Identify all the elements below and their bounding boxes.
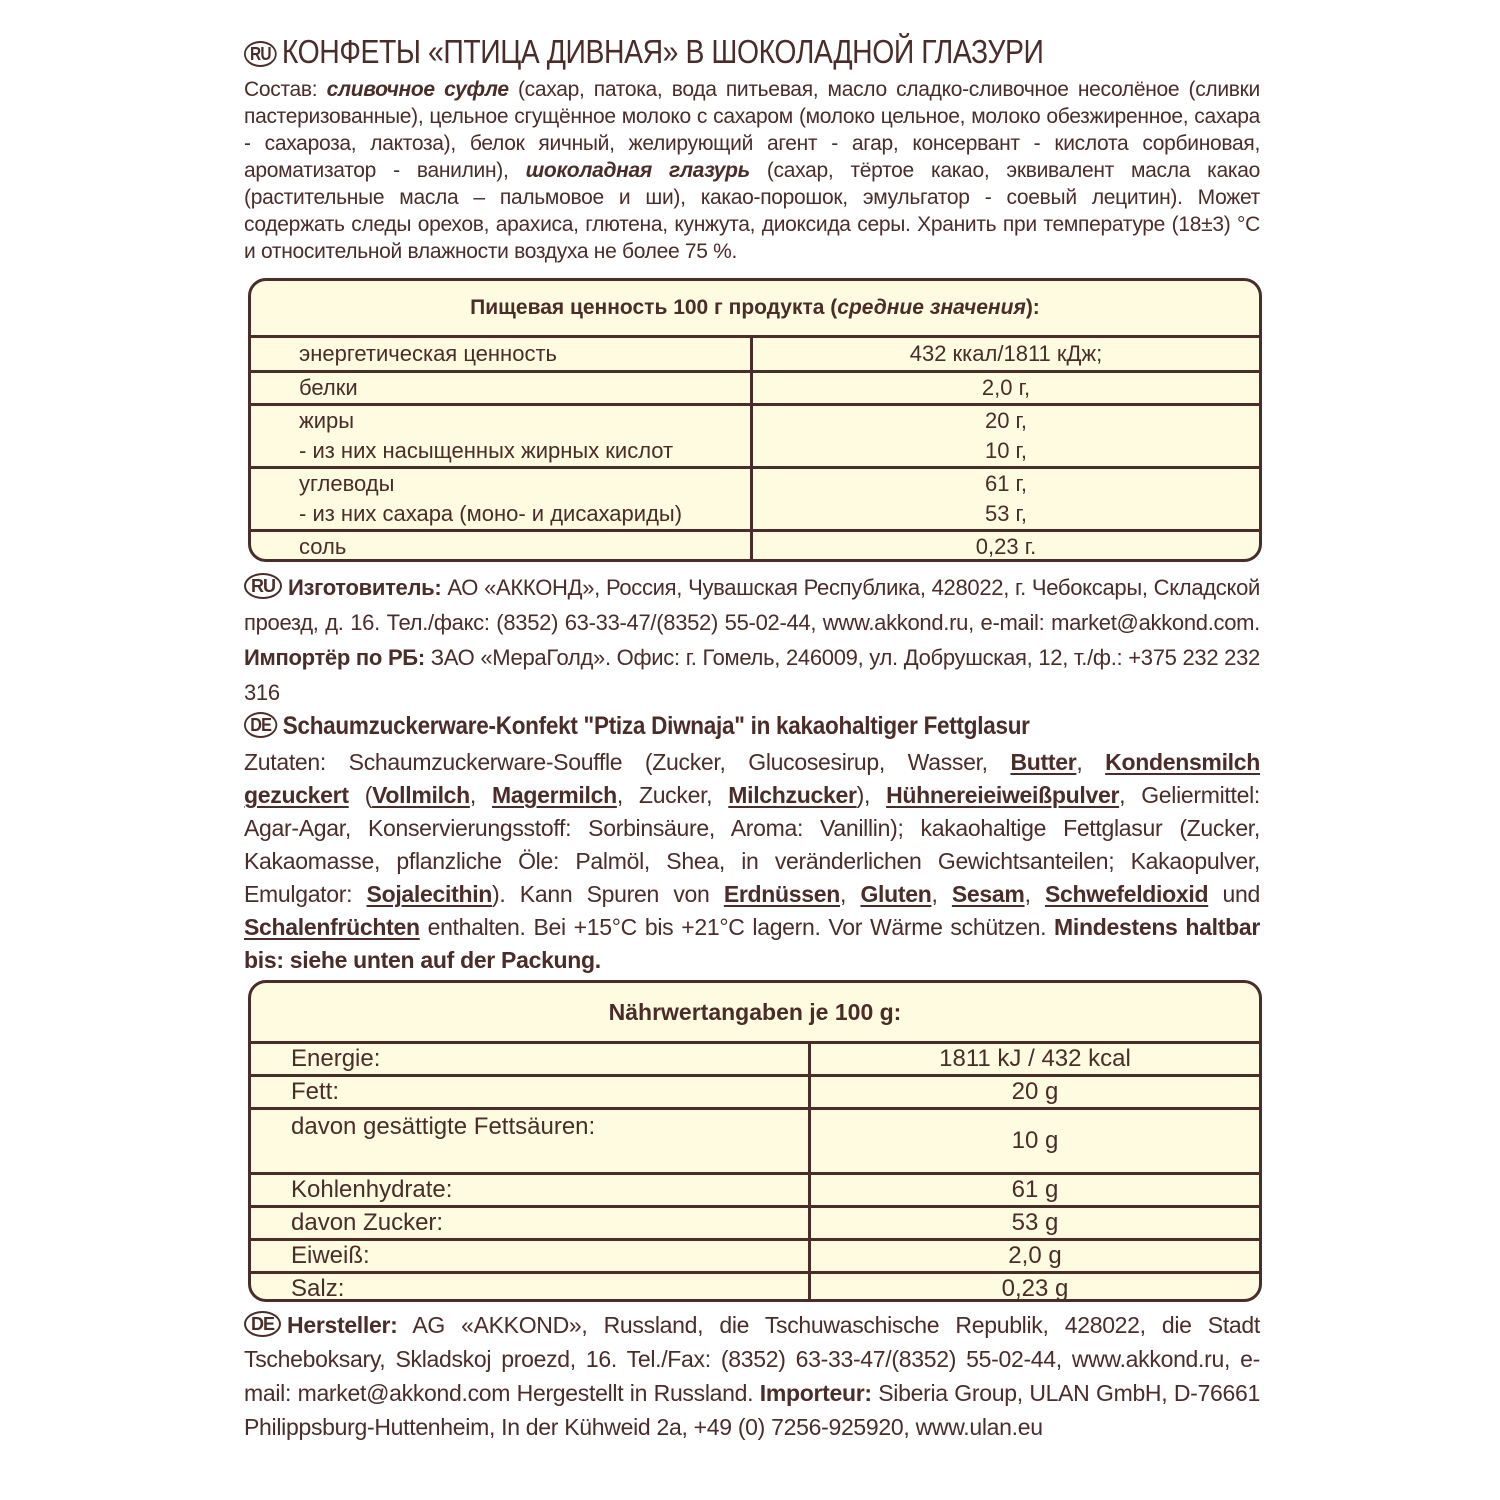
ru-nutrition-row: энергетическая ценность432 ккал/1811 кДж… — [251, 338, 1259, 373]
de-language-badge-2: DE — [244, 1311, 281, 1337]
de-nutrient-value: 20 g — [811, 1077, 1259, 1107]
ru-nutrient-name: - из них насыщенных жирных кислот — [251, 436, 753, 466]
ingredient-text: enthalten. Bei +15°C bis +21°C lagern. V… — [420, 914, 1054, 940]
de-product-title: DESchaumzuckerware-Konfekt "Ptiza Diwnaj… — [244, 706, 1261, 746]
ru-nutrition-row: углеводы61 г, — [251, 469, 1259, 499]
ingredient-text: , Zucker, — [617, 782, 728, 808]
allergen: Hühnereieiweißpulver — [886, 782, 1119, 808]
de-nutrition-row: Energie:1811 kJ / 432 kcal — [251, 1044, 1259, 1077]
allergen: Schalenfrüchten — [244, 914, 420, 940]
de-nutrient-name: davon Zucker: — [251, 1208, 811, 1238]
de-nutrient-value: 53 g — [811, 1208, 1259, 1238]
ingredient-text: ). Kann Spuren von — [492, 881, 724, 907]
ru-nutrient-name: углеводы — [251, 469, 753, 499]
de-nutrient-name: Fett: — [251, 1077, 811, 1107]
de-nutrition-title: Nährwertangaben je 100 g: — [251, 983, 1259, 1044]
allergen: Sesam — [952, 881, 1025, 907]
ru-language-badge-2: RU — [244, 573, 282, 599]
allergen: Kondensmilch — [1105, 749, 1260, 775]
de-nutrient-value: 10 g — [811, 1110, 1259, 1172]
de-nutrient-name: davon gesättigte Fettsäuren: — [251, 1110, 811, 1172]
ingredient-text: und — [1208, 881, 1260, 907]
ru-manufacturer-label: Изготовитель: — [288, 575, 441, 600]
ingredient-text: Zutaten: Schaumzuckerware-Souffle (Zucke… — [244, 749, 1010, 775]
ru-composition-label: Состав: — [244, 78, 327, 101]
de-nutrition-row: Eiweiß:2,0 g — [251, 1241, 1259, 1274]
ingredient-text: , — [1025, 881, 1045, 907]
ru-nutrient-value: 432 ккал/1811 кДж; — [753, 338, 1259, 370]
de-nutrient-name: Salz: — [251, 1274, 811, 1302]
ru-nutrient-value: 20 г, — [753, 406, 1259, 436]
de-nutrient-value: 1811 kJ / 432 kcal — [811, 1044, 1259, 1074]
de-nutrient-value: 2,0 g — [811, 1241, 1259, 1271]
de-nutrition-table: Nährwertangaben je 100 g: Energie:1811 k… — [248, 980, 1262, 1302]
allergen: Sojalecithin — [367, 881, 492, 907]
allergen: Erdnüssen — [724, 881, 840, 907]
ru-nutrition-row: - из них сахара (моно- и дисахариды)53 г… — [251, 499, 1259, 532]
allergen: Butter — [1010, 749, 1076, 775]
ru-nutrition-row: - из них насыщенных жирных кислот10 г, — [251, 436, 1259, 469]
ru-nutrition-row: жиры20 г, — [251, 406, 1259, 436]
ru-nutrient-value: 10 г, — [753, 436, 1259, 466]
ru-nutrition-title: Пищевая ценность 100 г продукта (средние… — [251, 281, 1259, 338]
allergen: Vollmilch — [372, 782, 470, 808]
ru-nutrient-name: энергетическая ценность — [251, 338, 753, 370]
ru-nutrient-value: 53 г, — [753, 499, 1259, 529]
ingredient-text: , — [840, 881, 860, 907]
allergen: Schwefeldioxid — [1045, 881, 1208, 907]
ru-nutrient-value: 61 г, — [753, 469, 1259, 499]
de-nutrient-name: Eiweiß: — [251, 1241, 811, 1271]
de-nutrient-value: 0,23 g — [811, 1274, 1259, 1302]
de-nutrition-row: Kohlenhydrate:61 g — [251, 1175, 1259, 1208]
ru-nutrient-value: 2,0 г, — [753, 373, 1259, 403]
allergen: Magermilch — [492, 782, 617, 808]
ru-glaze-heading: шоколадная глазурь — [526, 159, 750, 182]
ru-language-badge: RU — [244, 41, 277, 67]
de-nutrition-row: davon gesättigte Fettsäuren:10 g — [251, 1110, 1259, 1175]
de-manufacturer-info: DEHersteller: AG «AKKOND», Russland, die… — [244, 1308, 1260, 1444]
de-nutrition-row: Fett:20 g — [251, 1077, 1259, 1110]
de-nutrition-row: Salz:0,23 g — [251, 1274, 1259, 1302]
ingredient-text: , — [470, 782, 492, 808]
de-nutrient-name: Kohlenhydrate: — [251, 1175, 811, 1205]
ru-title-text: КОНФЕТЫ «ПТИЦА ДИВНАЯ» В ШОКОЛАДНОЙ ГЛАЗ… — [282, 33, 1044, 70]
de-nutrient-name: Energie: — [251, 1044, 811, 1074]
ingredient-text: , — [931, 881, 951, 907]
ru-nutrition-row: белки2,0 г, — [251, 373, 1259, 406]
ru-importer-label: Импортёр по РБ: — [244, 645, 425, 670]
ru-product-title: RUКОНФЕТЫ «ПТИЦА ДИВНАЯ» В ШОКОЛАДНОЙ ГЛ… — [244, 30, 1259, 74]
de-importer-label: Importeur: — [760, 1380, 872, 1406]
ru-nutrient-name: соль — [251, 532, 753, 562]
de-language-badge: DE — [244, 712, 277, 738]
allergen: Milchzucker — [728, 782, 856, 808]
ru-nutrient-value: 0,23 г. — [753, 532, 1259, 562]
ru-nutrient-name: жиры — [251, 406, 753, 436]
ingredient-text: , — [1076, 749, 1105, 775]
allergen: gezuckert — [244, 782, 349, 808]
ingredient-text: ), — [857, 782, 886, 808]
ingredient-text: ( — [349, 782, 372, 808]
de-nutrition-row: davon Zucker:53 g — [251, 1208, 1259, 1241]
ru-nutrition-title-end: ): — [1026, 296, 1040, 319]
ru-nutrient-name: - из них сахара (моно- и дисахариды) — [251, 499, 753, 529]
ru-souffle-heading: сливочное суфле — [327, 78, 509, 101]
ru-nutrition-table: Пищевая ценность 100 г продукта (средние… — [248, 278, 1262, 562]
allergen: Gluten — [860, 881, 931, 907]
de-title-text: Schaumzuckerware-Konfekt "Ptiza Diwnaja"… — [283, 712, 1030, 740]
ru-manufacturer-info: RUИзготовитель: АО «АККОНД», Россия, Чув… — [244, 570, 1260, 710]
de-manufacturer-label: Hersteller: — [287, 1312, 397, 1338]
ru-nutrition-title-main: Пищевая ценность 100 г продукта ( — [470, 296, 837, 319]
ru-nutrition-row: соль0,23 г. — [251, 532, 1259, 562]
ru-composition: Состав: сливочное суфле (сахар, патока, … — [244, 76, 1260, 265]
de-nutrient-value: 61 g — [811, 1175, 1259, 1205]
ru-nutrient-name: белки — [251, 373, 753, 403]
ru-nutrition-title-italic: средние значения — [837, 296, 1026, 319]
de-ingredients: Zutaten: Schaumzuckerware-Souffle (Zucke… — [244, 746, 1260, 977]
